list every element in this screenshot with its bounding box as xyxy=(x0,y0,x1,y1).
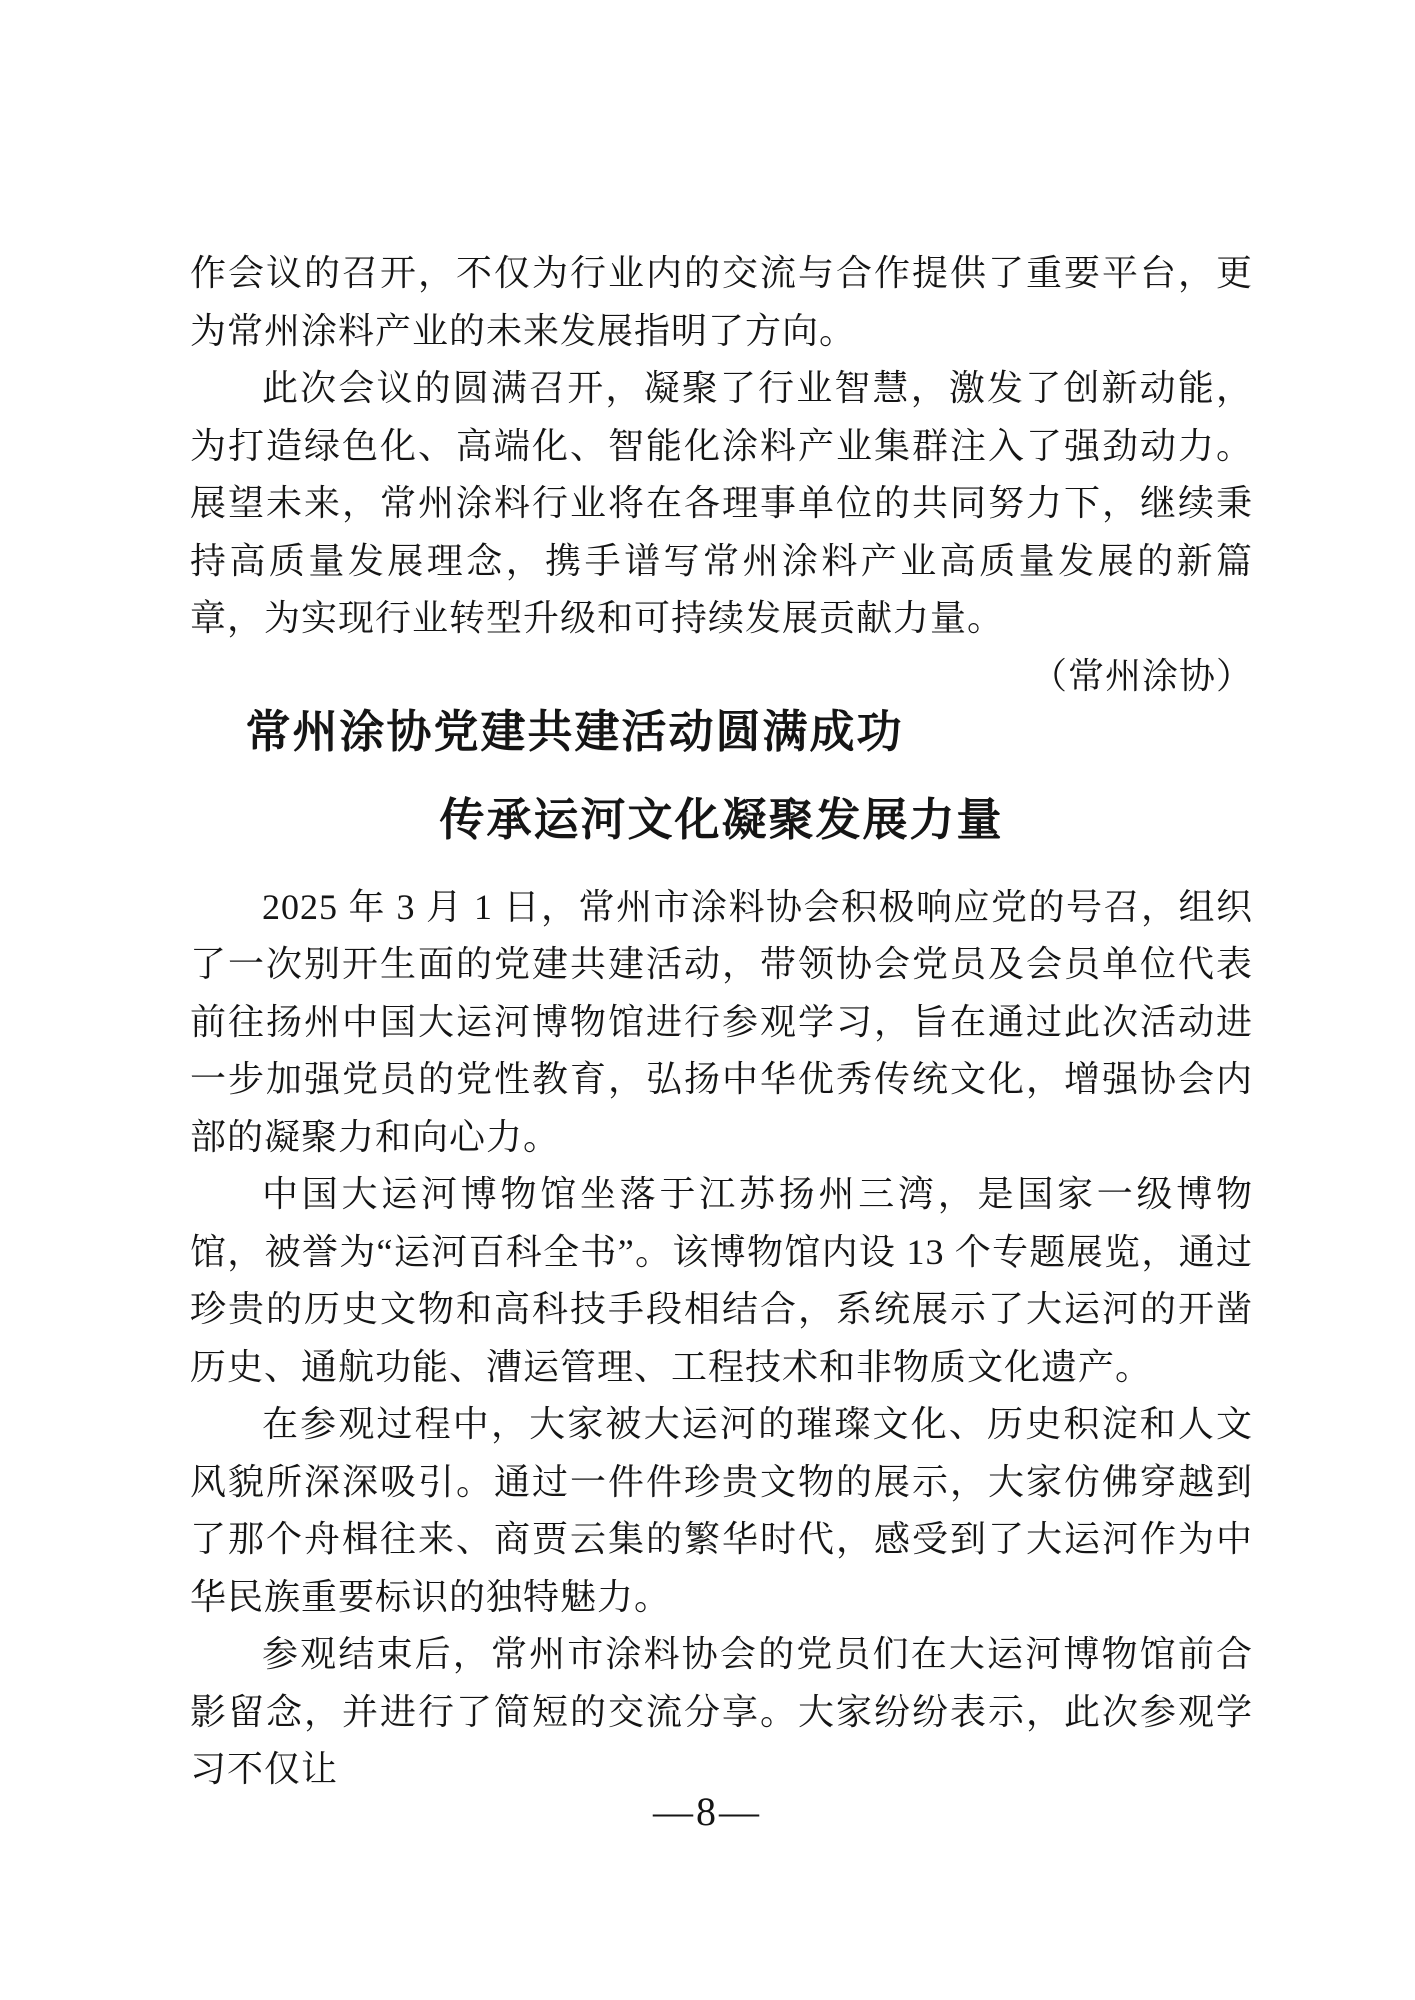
source-attribution: （常州涂协） xyxy=(959,648,1253,706)
closing-paragraph-text: 此次会议的圆满召开，凝聚了行业智慧，激发了创新动能，为打造绿色化、高端化、智能化… xyxy=(190,368,1253,638)
continuation-paragraph: 作会议的召开，不仅为行业内的交流与合作提供了重要平台，更为常州涂料产业的未来发展… xyxy=(190,245,1253,360)
document-page: 作会议的召开，不仅为行业内的交流与合作提供了重要平台，更为常州涂料产业的未来发展… xyxy=(0,0,1415,2000)
article-paragraph-1: 2025 年 3 月 1 日，常州市涂料协会积极响应党的号召，组织了一次别开生面… xyxy=(190,879,1253,1167)
article-paragraph-4: 参观结束后，常州市涂料协会的党员们在大运河博物馆前合影留念，并进行了简短的交流分… xyxy=(190,1626,1253,1799)
article-paragraph-2: 中国大运河博物馆坐落于江苏扬州三湾，是国家一级博物馆，被誉为“运河百科全书”。该… xyxy=(190,1166,1253,1396)
article-title-line2: 传承运河文化凝聚发展力量 xyxy=(190,791,1253,849)
closing-paragraph: 此次会议的圆满召开，凝聚了行业智慧，激发了创新动能，为打造绿色化、高端化、智能化… xyxy=(190,360,1253,648)
article-paragraph-3: 在参观过程中，大家被大运河的璀璨文化、历史积淀和人文风貌所深深吸引。通过一件件珍… xyxy=(190,1396,1253,1626)
page-body: 作会议的召开，不仅为行业内的交流与合作提供了重要平台，更为常州涂料产业的未来发展… xyxy=(190,245,1253,1799)
page-number: —8— xyxy=(0,1788,1415,1835)
article-title-line1: 常州涂协党建共建活动圆满成功 xyxy=(190,703,1253,761)
